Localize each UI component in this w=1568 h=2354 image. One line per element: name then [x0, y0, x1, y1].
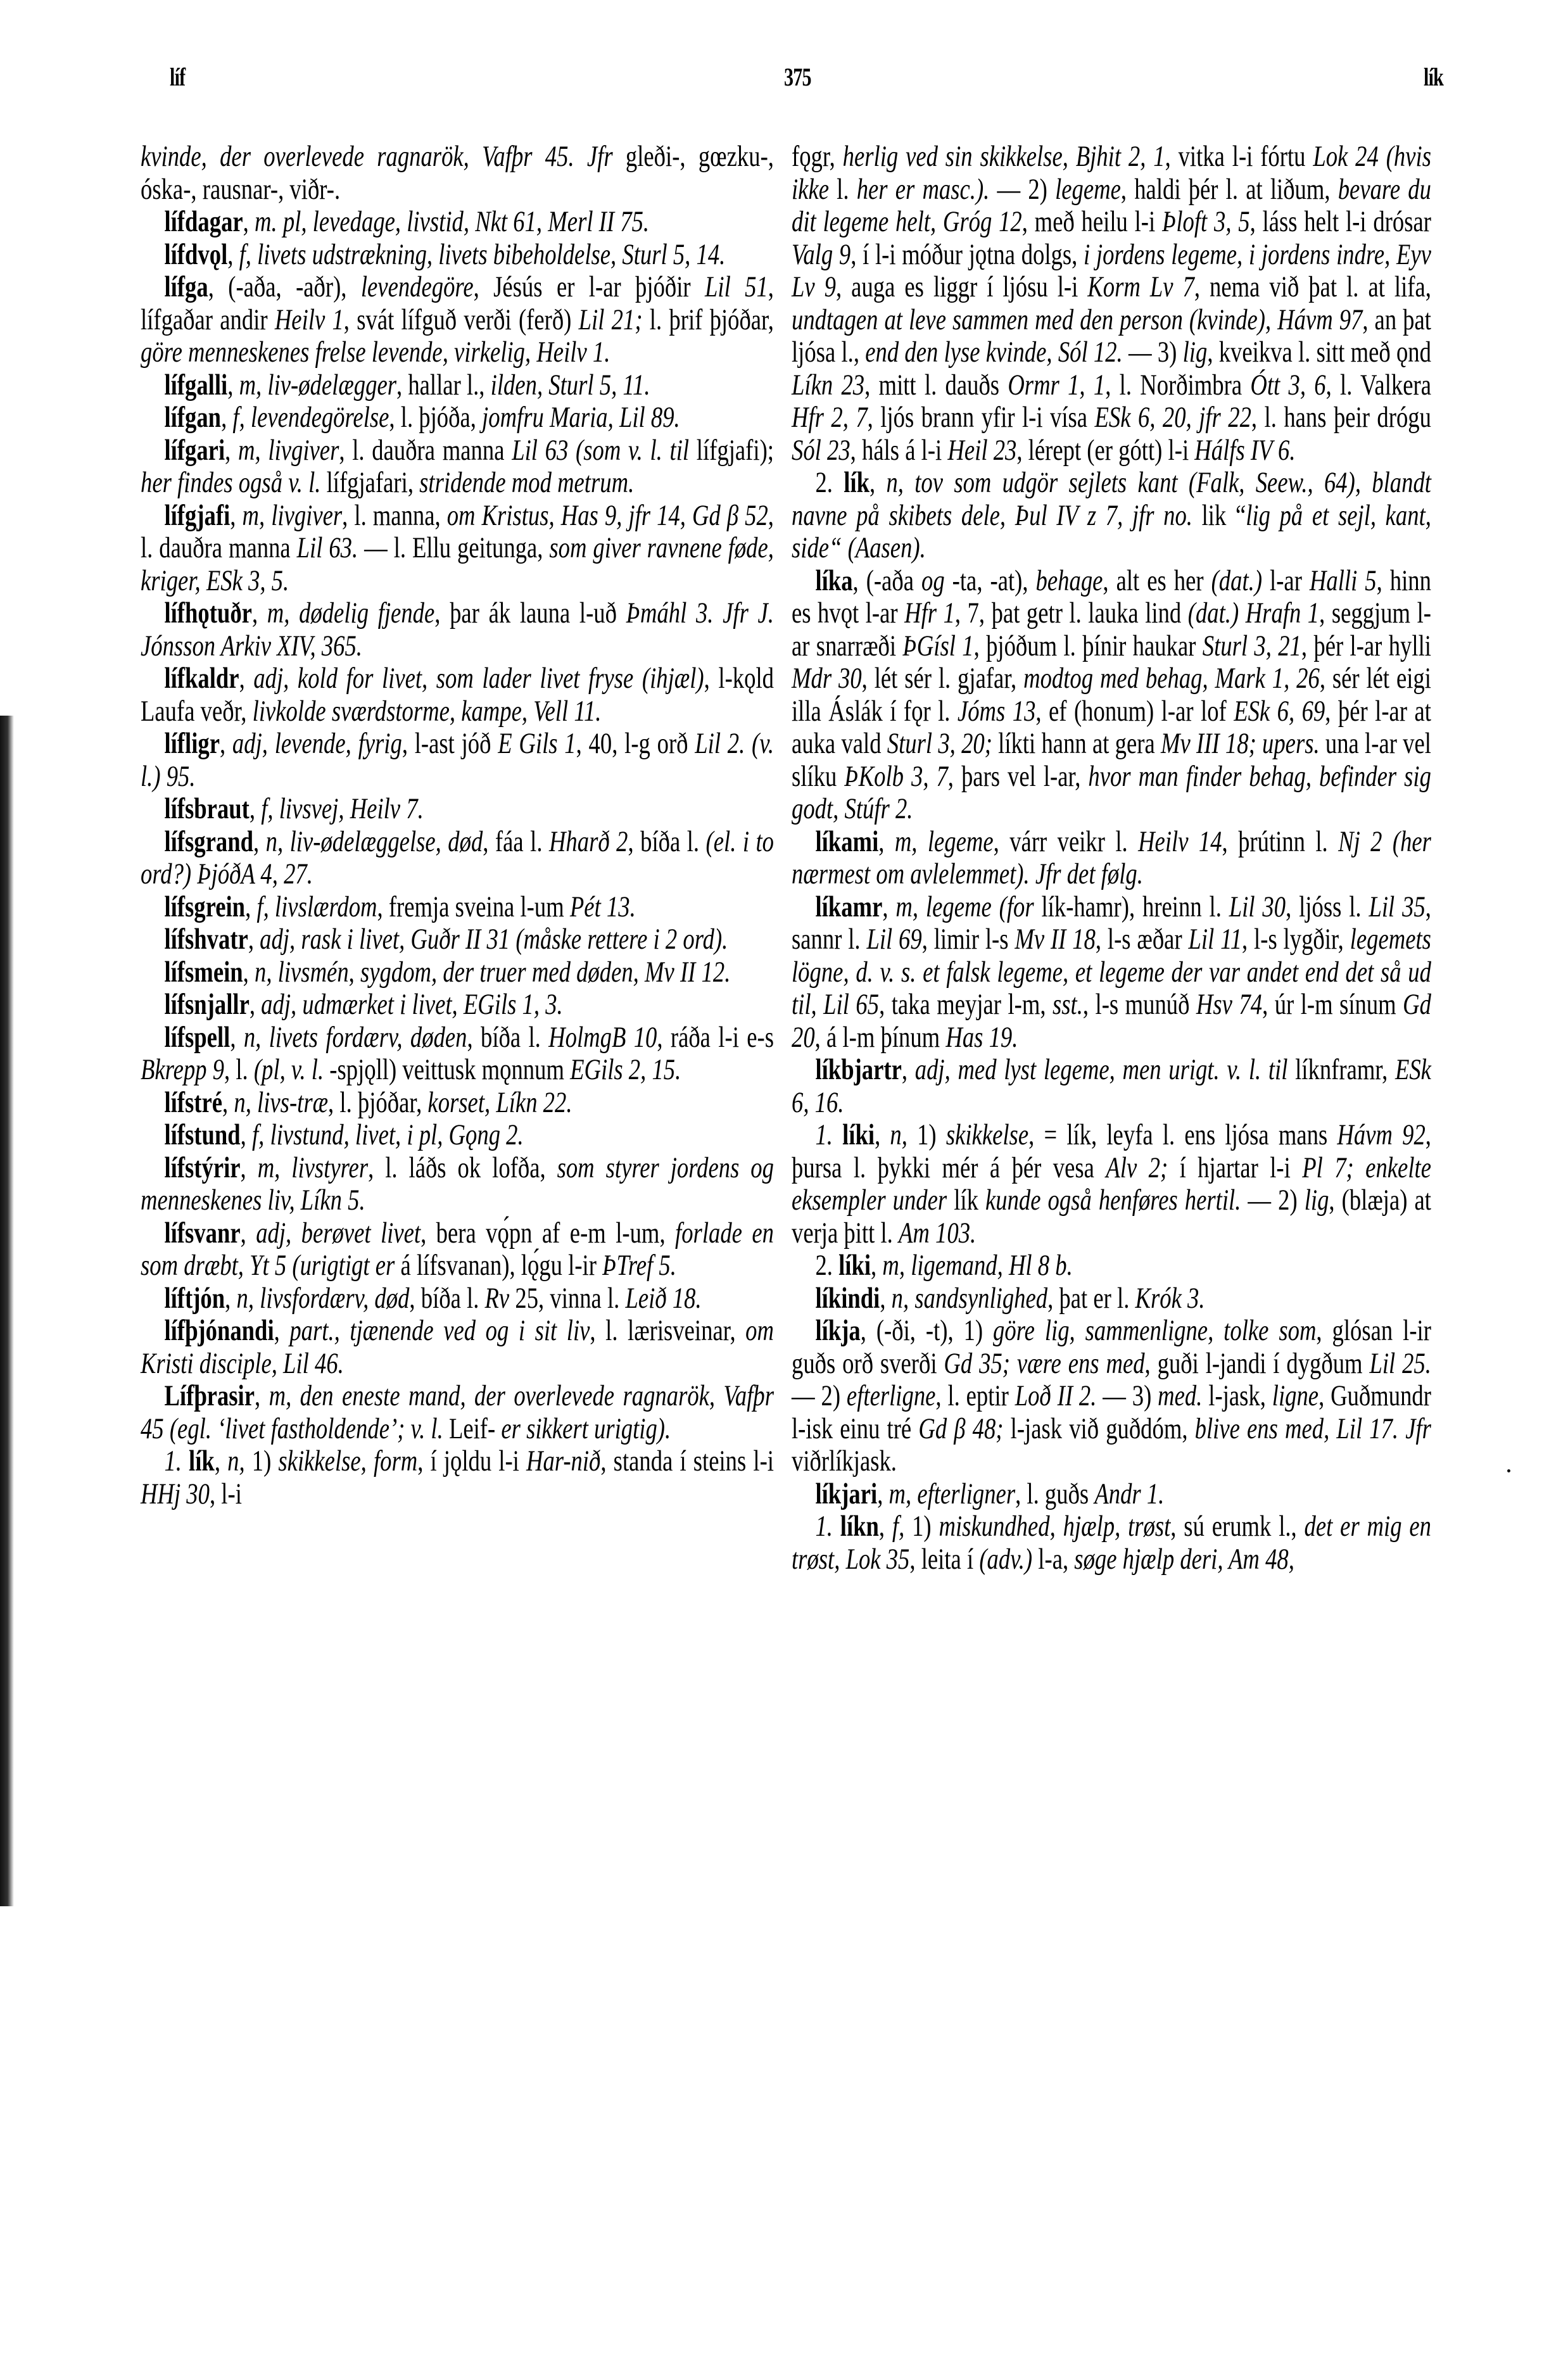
roman-text: líknframr,: [1287, 1053, 1395, 1086]
dictionary-entry: lífligr, adj, levende, fyrig, l-ast jóð …: [141, 728, 774, 793]
roman-text: , nema við þat l. at lifa,: [1194, 270, 1431, 303]
dictionary-entry: líkja, (-ði, -t), 1) göre lig, sammenlig…: [792, 1315, 1431, 1478]
page-number: 375: [784, 62, 811, 92]
italic-text: Lil 35: [1369, 890, 1425, 923]
roman-text: líkti hann at gera: [992, 727, 1161, 760]
roman-text: ,: [880, 1282, 891, 1315]
roman-text: , taka meyjar l-m,: [879, 988, 1053, 1021]
dictionary-entry: lífsvanr, adj, berøvet livet, bera vǫ́pn…: [141, 1217, 774, 1282]
roman-text: , lérept (er gótt) l-i: [1016, 434, 1194, 467]
italic-text: 1.: [815, 1118, 842, 1151]
roman-text: ,: [230, 1021, 244, 1054]
italic-text: herlig ved sin skikkelse, Bjhit 2, 1: [843, 140, 1165, 173]
headword: lík: [189, 1445, 215, 1478]
dictionary-entry: lífshvatr, adj, rask i livet, Guðr II 31…: [141, 923, 774, 956]
roman-text: , l-ast jóð: [402, 727, 498, 760]
roman-text: , limir l-s: [922, 923, 1015, 956]
italic-text: E Gils 1: [498, 727, 576, 760]
roman-text: , haldi þér l. at liðum,: [1121, 173, 1338, 206]
italic-text: Har-nið: [526, 1445, 600, 1478]
italic-text: her er masc.).: [857, 173, 990, 206]
running-head-right: lík: [1424, 62, 1443, 92]
dictionary-entry: lífstund, f, livstund, livet, i pl, Gǫng…: [141, 1119, 774, 1152]
italic-text: n, livs-træ: [234, 1086, 328, 1119]
roman-text: , (-aða, -aðr),: [208, 270, 361, 303]
roman-text: , sú erumk l.,: [1170, 1510, 1304, 1543]
italic-text: m. pl, levedage, livstid, Nkt 61, Merl I…: [255, 205, 649, 238]
roman-text: -ta, -at),: [945, 564, 1036, 597]
dictionary-entry: 1. lík, n, 1) skikkelse, form, í jǫldu l…: [141, 1445, 774, 1510]
roman-text: -spjǫll) veittusk mǫnnum: [324, 1053, 570, 1086]
headword: líkja: [815, 1314, 860, 1347]
italic-text: korset, Líkn 22.: [427, 1086, 572, 1119]
italic-text: adj, levende, fyrig: [232, 727, 402, 760]
entry-continuation: fǫgr, herlig ved sin skikkelse, Bjhit 2,…: [792, 141, 1431, 467]
italic-text: Þloft 3, 5: [1162, 205, 1250, 238]
roman-text: 2.: [815, 466, 844, 499]
roman-text: — 2): [1241, 1184, 1304, 1217]
roman-text: , þjóðum l. þínir haukar: [974, 630, 1203, 662]
roman-text: , í l-i móður jǫtna dolgs,: [850, 238, 1084, 271]
italic-text: stridende mod metrum.: [419, 466, 634, 499]
italic-text: Krók 3.: [1135, 1282, 1205, 1315]
roman-text: ,: [248, 923, 260, 956]
italic-text: Heilv 1: [275, 303, 344, 336]
italic-text: f, levendegörelse: [232, 401, 389, 434]
italic-text: modtog med behag, Mark 1, 26: [1023, 662, 1320, 695]
headword: lífdagar: [164, 205, 243, 238]
italic-text: Lil 63 (som v. l. til: [512, 434, 689, 467]
italic-text: blive ens med, Lil 17. Jfr: [1195, 1412, 1431, 1445]
headword: líkami: [815, 825, 878, 858]
roman-text: l-jask við guðdóm,: [1004, 1412, 1195, 1445]
roman-text: ,: [902, 1053, 915, 1086]
roman-text: , leita í: [909, 1543, 979, 1576]
headword: lífþjónandi: [164, 1314, 274, 1347]
roman-text: , bíða l.: [628, 825, 705, 858]
italic-text: adj, kold for livet, som lader livet fry…: [253, 662, 704, 695]
roman-text: , guði l-jandi í dygðum: [1145, 1347, 1370, 1380]
roman-text: lífgjafi);: [689, 434, 774, 467]
headword: lífshvatr: [164, 923, 248, 956]
italic-text: (dat.): [1211, 564, 1262, 597]
roman-text: , l. lærisveinar,: [590, 1314, 745, 1347]
roman-text: , Jésús er l-ar þjóðir: [474, 270, 705, 303]
italic-text: Lil 51: [705, 270, 768, 303]
roman-text: — 3): [1123, 336, 1183, 369]
italic-text: f, livets udstrækning, livets bibeholdel…: [239, 238, 726, 271]
roman-text: , l-s lygðir,: [1242, 923, 1350, 956]
roman-text: ,: [250, 792, 261, 825]
italic-text: Ormr 1, 1: [1008, 369, 1105, 402]
italic-text: 1.: [815, 1510, 840, 1543]
italic-text: levendegöre: [361, 270, 474, 303]
roman-text: , bera vǫ́pn af e-m l-um,: [420, 1217, 675, 1250]
italic-text: lig: [1305, 1184, 1329, 1217]
roman-text: , l. eptir: [935, 1379, 1015, 1412]
roman-text: ,: [227, 369, 239, 402]
roman-text: , l-s æðar: [1096, 923, 1189, 956]
italic-text: f, livstund, livet, i pl, Gǫng 2.: [252, 1118, 524, 1151]
roman-text: — 3): [1096, 1379, 1158, 1412]
roman-text: ,: [230, 499, 242, 532]
italic-text: HolmgB 10: [548, 1021, 657, 1054]
italic-text: n, sandsynlighed: [892, 1282, 1047, 1315]
italic-text: Mdr 30: [792, 662, 862, 695]
italic-text: m, livgiver: [238, 434, 339, 467]
italic-text: m, ligemand, Hl 8 b.: [882, 1249, 1072, 1282]
italic-text: Hfr 1: [904, 597, 955, 630]
italic-text: Lil 21;: [579, 303, 643, 336]
headword: líftjón: [164, 1282, 225, 1315]
roman-text: l-ar: [1262, 564, 1310, 597]
italic-text: behage: [1036, 564, 1103, 597]
roman-text: , l. hans þeir drógu: [1251, 401, 1431, 434]
roman-text: ,: [879, 1510, 892, 1543]
italic-text: n, livsmén: [255, 956, 349, 989]
italic-text: (pl, v. l.: [254, 1053, 324, 1086]
dictionary-entry: lífsgrand, n, liv-ødelæggelse, død, fáa …: [141, 826, 774, 891]
italic-text: Hfr 2, 7: [792, 401, 868, 434]
roman-text: 1): [245, 1445, 279, 1478]
dictionary-entry: lífþjónandi, part., tjænende ved og i si…: [141, 1315, 774, 1380]
roman-text: ,: [255, 1379, 269, 1412]
dictionary-entry: líkamr, m, legeme (for lík-hamr), hreinn…: [792, 891, 1431, 1054]
roman-text: , bíða l.: [409, 1282, 484, 1315]
italic-text: adj, med lyst legeme, men urigt. v. l. t…: [915, 1053, 1288, 1086]
italic-text: Leið 18.: [625, 1282, 701, 1315]
headword: lífgalli: [164, 369, 227, 402]
italic-text: ÞKolb 3, 7: [844, 760, 948, 793]
italic-text: her findes også v. l.: [141, 466, 320, 499]
roman-text: , l-s munúð: [1083, 988, 1196, 1021]
roman-text: , bíða l.: [467, 1021, 549, 1054]
italic-text: Gd β 48;: [918, 1412, 1003, 1445]
roman-text: , l. þjóða,: [389, 401, 482, 434]
headword: lífstund: [164, 1118, 240, 1151]
dictionary-entry: 2. líki, m, ligemand, Hl 8 b.: [792, 1250, 1431, 1282]
roman-text: , l. Norðimbra: [1105, 369, 1250, 402]
roman-text: , ráða l-i e-s: [657, 1021, 774, 1054]
headword: lífspell: [164, 1021, 230, 1054]
italic-text: Hharð 2: [549, 825, 628, 858]
italic-text: ligne: [1272, 1379, 1318, 1412]
headword: lífga: [164, 270, 208, 303]
roman-text: , (-aða: [853, 564, 921, 597]
dictionary-entry: líka, (-aða og -ta, -at), behage, alt es…: [792, 565, 1431, 826]
headword: lífsgrand: [164, 825, 253, 858]
column-left: kvinde, der overlevede ragnarök, Vafþr 4…: [141, 141, 774, 1510]
italic-text: Mv III 18; upers.: [1161, 727, 1320, 760]
roman-text: ,: [220, 727, 232, 760]
dictionary-entry: lífgjafi, m, livgiver, l. manna, om Kris…: [141, 500, 774, 598]
dictionary-entry: lífga, (-aða, -aðr), levendegöre, Jésús …: [141, 271, 774, 369]
roman-text: ,: [221, 401, 232, 434]
italic-text: Valg 9: [792, 238, 850, 271]
dictionary-entry: lífsnjallr, adj, udmærket i livet, EGils…: [141, 989, 774, 1022]
italic-text: skikkelse: [946, 1118, 1028, 1151]
roman-text: , standa í steins l-i: [600, 1445, 774, 1478]
italic-text: (dat.) Hrafn 1: [1188, 597, 1319, 630]
italic-text: Heilv 14: [1138, 825, 1222, 858]
roman-text: — 2): [792, 1379, 847, 1412]
roman-text: lífgjafari,: [320, 466, 419, 499]
roman-text: ,: [241, 1151, 258, 1184]
headword: lífkaldr: [164, 662, 239, 695]
italic-text: sst.: [1053, 988, 1083, 1021]
roman-text: , l. dauðra manna: [339, 434, 512, 467]
italic-text: Gd 35; være ens med: [944, 1347, 1144, 1380]
italic-text: 1.: [164, 1445, 189, 1478]
roman-text: , 7, þat getr l. lauka lind: [955, 597, 1188, 630]
italic-text: end den lyse kvinde, Sól 12.: [865, 336, 1123, 369]
headword: lífsnjallr: [164, 988, 249, 1021]
roman-text: ,: [225, 1282, 236, 1315]
roman-text: , þat er l.: [1047, 1282, 1135, 1315]
dictionary-entry: lífdagar, m. pl, levedage, livstid, Nkt …: [141, 206, 774, 239]
italic-text: ÞTref 5.: [602, 1249, 676, 1282]
binding-shadow: [0, 716, 14, 1906]
roman-text: , háls á l-i: [850, 434, 948, 467]
italic-text: Lil 63.: [297, 531, 358, 564]
italic-text: n,: [890, 1118, 907, 1151]
dictionary-entry: lífstýrir, m, livstyrer, l. láðs ok lofð…: [141, 1152, 774, 1217]
italic-text: Rv: [485, 1282, 510, 1315]
roman-text: , ef (honum) l-ar lof: [1035, 695, 1234, 728]
italic-text: ÞGísl 1: [902, 630, 973, 662]
dictionary-entry: líkami, m, legeme, várr veikr l. Heilv 1…: [792, 826, 1431, 891]
roman-text: l-a,: [1032, 1543, 1074, 1576]
dictionary-entry: lífdvǫl, f, livets udstrækning, livets b…: [141, 239, 774, 272]
roman-text: , fremja sveina l-um: [377, 890, 570, 923]
italic-text: kunde også henføres hertil.: [985, 1184, 1241, 1217]
italic-text: undtagen at leve sammen med den person (…: [792, 303, 1362, 336]
roman-text: ,: [225, 434, 238, 467]
roman-text: , þér l-ar hylli: [1301, 630, 1431, 662]
italic-text: Bkrepp 9: [141, 1053, 224, 1086]
roman-text: , hallar l.,: [396, 369, 491, 402]
roman-text: , lét sér l. gjafar,: [862, 662, 1023, 695]
italic-text: Lil 30: [1229, 890, 1286, 923]
roman-text: í hjartar l-i: [1168, 1151, 1302, 1184]
roman-text: , l. manna,: [342, 499, 447, 532]
roman-text: ,: [243, 205, 255, 238]
roman-text: ,: [245, 890, 256, 923]
roman-text: ,: [250, 988, 261, 1021]
headword: Lífþrasir: [164, 1379, 255, 1412]
italic-text: n, livsfordærv, død: [236, 1282, 409, 1315]
dictionary-entry: lífspell, n, livets fordærv, døden, bíða…: [141, 1022, 774, 1087]
italic-text: Alv 2;: [1106, 1151, 1168, 1184]
roman-text: ,: [274, 1314, 290, 1347]
dictionary-entry: 1. líkn, f, 1) miskundhed, hjælp, trøst,…: [792, 1510, 1431, 1576]
roman-text: — l. Ellu geitunga,: [358, 531, 549, 564]
roman-text: , auga es liggr í ljósu l-i: [836, 270, 1087, 303]
roman-text: , svát lífguð verði (ferð): [344, 303, 579, 336]
roman-text: , ljóss l.: [1286, 890, 1369, 923]
italic-text: lig: [1183, 336, 1208, 369]
headword: lífhǫtuðr: [164, 597, 251, 630]
roman-text: lík-hamr), hreinn l.: [1034, 890, 1229, 923]
roman-text: ,: [241, 1217, 256, 1250]
italic-text: Am 103.: [899, 1217, 976, 1250]
italic-text: og: [921, 564, 945, 597]
roman-text: ,: [239, 662, 254, 695]
headword: líka: [815, 564, 852, 597]
italic-text: jomfru Maria, Lil 89.: [482, 401, 680, 434]
roman-text: , þar ák launa l-uð: [434, 597, 626, 630]
italic-text: skikkelse, form: [278, 1445, 417, 1478]
dictionary-entry: lífstré, n, livs-træ, l. þjóðar, korset,…: [141, 1087, 774, 1120]
italic-text: m, legeme (for: [895, 890, 1034, 923]
roman-text: l. þrif þjóðar,: [643, 303, 774, 336]
italic-text: adj, berøvet livet: [256, 1217, 420, 1250]
italic-text: n,: [227, 1445, 244, 1478]
roman-text: , þrútinn l.: [1222, 825, 1339, 858]
roman-text: fǫgr,: [792, 140, 843, 173]
headword: lífstýrir: [164, 1151, 240, 1184]
italic-text: f, livslærdom: [256, 890, 377, 923]
roman-text: ,: [253, 825, 266, 858]
roman-text: , fáa l.: [483, 825, 549, 858]
italic-text: Andr 1.: [1094, 1478, 1164, 1510]
italic-text: Loð II 2.: [1015, 1379, 1097, 1412]
roman-text: , mitt l. dauðs: [864, 369, 1008, 402]
roman-text: ,: [227, 238, 239, 271]
dictionary-entry: 2. lík, n, tov som udgör sejlets kant (F…: [792, 467, 1431, 565]
roman-text: , í jǫldu l-i: [417, 1445, 526, 1478]
roman-text: ,: [882, 890, 895, 923]
roman-text: ,: [871, 1249, 882, 1282]
roman-text: viðrlíkjask.: [792, 1445, 897, 1478]
italic-text: livkolde sværdstorme, kampe, Vell 11.: [253, 695, 602, 728]
italic-text: legeme: [1055, 173, 1121, 206]
roman-text: , á l-m þínum: [815, 1021, 946, 1054]
dictionary-entry: líftjón, n, livsfordærv, død, bíða l. Rv…: [141, 1282, 774, 1315]
roman-text: ,: [878, 825, 895, 858]
roman-text: ,: [252, 597, 267, 630]
italic-text: Sturl 3, 20;: [887, 727, 992, 760]
italic-text: miskundhed, hjælp, trøst: [939, 1510, 1170, 1543]
italic-text: er sikkert urigtig).: [501, 1412, 671, 1445]
roman-text: , alt es her: [1103, 564, 1211, 597]
roman-text: — 2): [989, 173, 1055, 206]
headword: líkjari: [815, 1478, 877, 1510]
roman-text: , kveikva l. sitt með ǫnd: [1207, 336, 1431, 369]
roman-text: ,: [877, 1478, 888, 1510]
roman-text: 2.: [815, 1249, 838, 1282]
headword: líki: [842, 1118, 875, 1151]
italic-text: f,: [892, 1510, 904, 1543]
headword: lífsbraut: [164, 792, 249, 825]
roman-text: 25, vinna l.: [509, 1282, 625, 1315]
roman-text: , vitka l-i fórtu: [1165, 140, 1313, 173]
italic-text: m, liv-ødelægger: [239, 369, 396, 402]
italic-text: part., tjænende ved og i sit liv: [289, 1314, 590, 1347]
italic-text: Lil 69: [866, 923, 921, 956]
italic-text: f, livsvej, Heilv 7.: [261, 792, 424, 825]
dictionary-entry: lífsgrein, f, livslærdom, fremja sveina …: [141, 891, 774, 924]
italic-text: n, livets fordærv, døden: [244, 1021, 467, 1054]
dictionary-entry: lífsmein, n, livsmén, sygdom, der truer …: [141, 956, 774, 989]
italic-text: göre menneskenes frelse levende, virkeli…: [141, 336, 610, 369]
dictionary-entry: lífkaldr, adj, kold for livet, som lader…: [141, 662, 774, 728]
headword: lík: [844, 466, 869, 499]
dictionary-entry: líkindi, n, sandsynlighed, þat er l. Kró…: [792, 1282, 1431, 1315]
headword: líkn: [840, 1510, 879, 1543]
roman-text: l.: [829, 173, 857, 206]
italic-text: Jóms 13: [958, 695, 1035, 728]
scan-speck: [1507, 1469, 1510, 1472]
italic-text: Hávm 92: [1337, 1118, 1425, 1151]
headword: lífgan: [164, 401, 221, 434]
italic-text: ilden, Sturl 5, 11.: [491, 369, 650, 402]
headword: líkamr: [815, 890, 882, 923]
italic-text: Sól 23: [792, 434, 850, 467]
roman-text: , várr veikr l.: [994, 825, 1138, 858]
dictionary-entry: lífgan, f, levendegörelse, l. þjóða, jom…: [141, 402, 774, 434]
roman-text: ,: [869, 466, 886, 499]
roman-text: , l. láðs ok lofða,: [368, 1151, 557, 1184]
roman-text: ,: [875, 1118, 890, 1151]
headword: líki: [838, 1249, 871, 1282]
roman-text: , l. guðs: [1015, 1478, 1094, 1510]
dictionary-entry: líkbjartr, adj, med lyst legeme, men uri…: [792, 1054, 1431, 1119]
italic-text: Lil 11: [1189, 923, 1242, 956]
entry-continuation: kvinde, der overlevede ragnarök, Vafþr 4…: [141, 141, 774, 206]
dictionary-entry: Lífþrasir, m, den eneste mand, der overl…: [141, 1380, 774, 1445]
roman-text: , úr l-m sínum: [1262, 988, 1403, 1021]
italic-text: søge hjælp deri, Am 48,: [1074, 1543, 1294, 1576]
roman-text: , l.: [224, 1053, 254, 1086]
dictionary-page: líf 375 lík kvinde, der overlevede ragna…: [0, 0, 1568, 2354]
italic-text: adj, udmærket i livet, EGils 1, 3.: [261, 988, 563, 1021]
dictionary-entry: lífhǫtuðr, m, dødelig fjende, þar ák lau…: [141, 597, 774, 662]
italic-text: Pét 13.: [570, 890, 636, 923]
roman-text: , (-ði, -t), 1): [861, 1314, 993, 1347]
italic-text: Sturl 3, 21: [1203, 630, 1301, 662]
headword: lífsmein: [164, 956, 243, 989]
roman-text: , með heilu l-i: [1022, 205, 1162, 238]
italic-text: sygdom, der truer med døden, Mv II 12.: [360, 956, 730, 989]
roman-text: , l. Valkera: [1326, 369, 1431, 402]
roman-text: , ljós brann yfir l-i vísa: [868, 401, 1095, 434]
headword: lífstré: [164, 1086, 222, 1119]
italic-text: Hálfs IV 6.: [1194, 434, 1295, 467]
italic-text: m, efterligner: [889, 1478, 1016, 1510]
italic-text: Has 19.: [945, 1021, 1018, 1054]
roman-text: 1): [904, 1510, 939, 1543]
italic-text: kvinde, der overlevede ragnarök, Vafþr 4…: [141, 140, 587, 173]
roman-text: ,: [222, 1086, 234, 1119]
roman-text: ,: [215, 1445, 227, 1478]
italic-text: HHj 30: [141, 1478, 210, 1510]
roman-text: , l. þjóðar,: [328, 1086, 427, 1119]
roman-text: lík: [947, 1184, 985, 1217]
dictionary-entry: lífgalli, m, liv-ødelægger, hallar l., i…: [141, 369, 774, 402]
headword: líkindi: [815, 1282, 880, 1315]
running-head-left: líf: [170, 62, 185, 92]
column-right: fǫgr, herlig ved sin skikkelse, Bjhit 2,…: [792, 141, 1431, 1576]
italic-text: Jfr: [587, 140, 613, 173]
italic-text: (adv.): [979, 1543, 1032, 1576]
dictionary-entry: 1. líki, n, 1) skikkelse, = lík, leyfa l…: [792, 1119, 1431, 1250]
italic-text: Lil 25.: [1369, 1347, 1431, 1380]
italic-text: m, dødelig fjende: [267, 597, 435, 630]
headword: lífdvǫl: [164, 238, 227, 271]
italic-text: ESk 6, 69: [1234, 695, 1325, 728]
roman-text: , l-i: [210, 1478, 242, 1510]
